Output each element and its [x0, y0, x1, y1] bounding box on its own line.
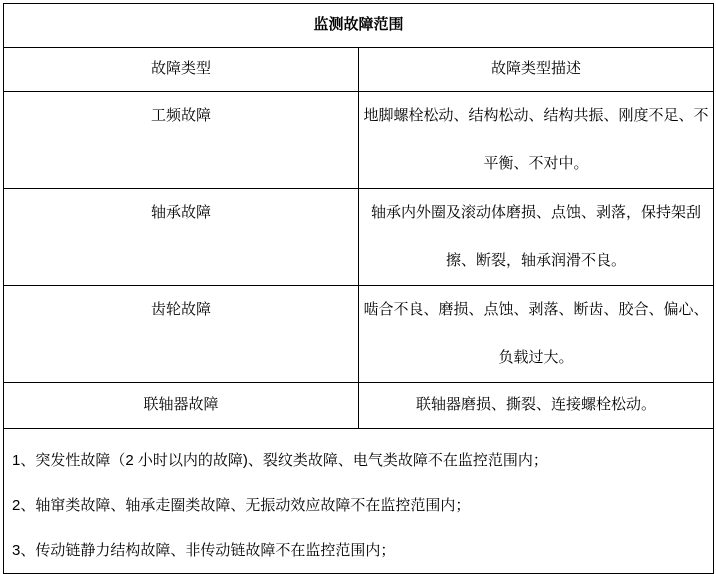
table-title: 监测故障范围 — [4, 4, 714, 48]
fault-desc-cell: 轴承内外圈及滚动体磨损、点蚀、剥落，保持架刮擦、断裂，轴承润滑不良。 — [359, 189, 714, 286]
fault-desc-cell: 地脚螺栓松动、结构松动、结构共振、刚度不足、不平衡、不对中。 — [359, 92, 714, 189]
fault-scope-table: 监测故障范围 故障类型 故障类型描述 工频故障 地脚螺栓松动、结构松动、结构共振… — [3, 3, 714, 574]
fault-type-cell: 轴承故障 — [4, 189, 359, 286]
notes-cell: 1、突发性故障（2 小时以内的故障)、裂纹类故障、电气类故障不在监控范围内； 2… — [4, 429, 714, 574]
fault-desc-cell: 啮合不良、磨损、点蚀、剥落、断齿、胶合、偏心、负载过大。 — [359, 286, 714, 383]
table-row: 轴承故障 轴承内外圈及滚动体磨损、点蚀、剥落，保持架刮擦、断裂，轴承润滑不良。 — [4, 189, 714, 286]
table-title-row: 监测故障范围 — [4, 4, 714, 48]
table-row: 齿轮故障 啮合不良、磨损、点蚀、剥落、断齿、胶合、偏心、负载过大。 — [4, 286, 714, 383]
table-row: 工频故障 地脚螺栓松动、结构松动、结构共振、刚度不足、不平衡、不对中。 — [4, 92, 714, 189]
note-line-3: 3、传动链静力结构故障、非传动链故障不在监控范围内； — [12, 528, 707, 573]
fault-type-cell: 工频故障 — [4, 92, 359, 189]
fault-type-cell: 联轴器故障 — [4, 383, 359, 429]
table-header-row: 故障类型 故障类型描述 — [4, 48, 714, 92]
table-notes-row: 1、突发性故障（2 小时以内的故障)、裂纹类故障、电气类故障不在监控范围内； 2… — [4, 429, 714, 574]
column-header-fault-type: 故障类型 — [4, 48, 359, 92]
note-line-1: 1、突发性故障（2 小时以内的故障)、裂纹类故障、电气类故障不在监控范围内； — [12, 438, 707, 483]
column-header-fault-desc: 故障类型描述 — [359, 48, 714, 92]
fault-desc-cell: 联轴器磨损、撕裂、连接螺栓松动。 — [359, 383, 714, 429]
table-row: 联轴器故障 联轴器磨损、撕裂、连接螺栓松动。 — [4, 383, 714, 429]
fault-type-cell: 齿轮故障 — [4, 286, 359, 383]
note-line-2: 2、轴窜类故障、轴承走圈类故障、无振动效应故障不在监控范围内； — [12, 483, 707, 528]
